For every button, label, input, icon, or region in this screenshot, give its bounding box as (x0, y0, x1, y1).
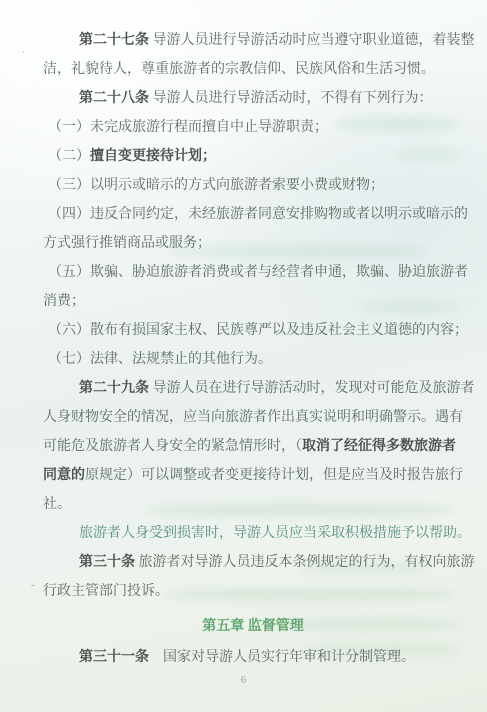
text-segment: （四）违反合同约定，未经旅游者同意安排购物或者以明示或暗示的 (48, 207, 468, 222)
bold-text-segment: 同意的 (43, 468, 85, 483)
text-line: （二）擅自变更接待计划； (43, 142, 463, 171)
text-line: 第二十八条 导游人员进行导游活动时，不得有下列行为： (43, 84, 463, 113)
text-line: （六）散布有损国家主权、民族尊严以及违反社会主义道德的内容； (43, 316, 463, 345)
text-line: 人身财物安全的情况，应当向旅游者作出真实说明和明确警示。遇有 (43, 403, 463, 432)
bold-text-segment: 第二十七条 (79, 33, 149, 48)
text-segment: 旅游者人身受到损害时，导游人员应当采取积极措施予以帮助。 (79, 526, 471, 541)
chapter-heading: 第五章 监督管理 (43, 606, 463, 643)
scan-artifact: · (22, 48, 25, 59)
text-line: 第二十七条 导游人员进行导游活动时应当遵守职业道德，着装整 (43, 26, 463, 55)
page-number: 6 (0, 674, 487, 686)
text-segment: （三）以明示或暗示的方式向旅游者索要小费或财物； (48, 178, 384, 193)
text-segment: 国家对导游人员实行年审和计分制管理。 (149, 650, 415, 665)
scanned-document-page: 第二十七条 导游人员进行导游活动时应当遵守职业道德，着装整洁，礼貌待人，尊重旅游… (0, 0, 487, 712)
text-line: （四）违反合同约定，未经旅游者同意安排购物或者以明示或暗示的 (43, 200, 463, 229)
text-segment: （七）法律、法规禁止的其他行为。 (48, 352, 272, 367)
text-segment: 导游人员进行导游活动时，不得有下列行为： (149, 91, 433, 106)
text-line: 第三十一条 国家对导游人员实行年审和计分制管理。 (43, 643, 463, 672)
bold-text-segment: 第三十条 (79, 555, 135, 570)
text-segment: 社。 (43, 497, 71, 512)
text-segment: 行政主管部门投诉。 (43, 584, 169, 599)
text-line: 行政主管部门投诉。 (43, 577, 463, 606)
text-segment: 导游人员在进行导游活动时，发现对可能危及旅游者 (149, 381, 475, 396)
bold-text-segment: 第三十一条 (79, 650, 149, 665)
text-segment: 洁，礼貌待人，尊重旅游者的宗教信仰、民族风俗和生活习惯。 (43, 62, 435, 77)
bold-text-segment: 取消了经征得多数旅游者 (302, 439, 456, 454)
text-segment: 原规定）可以调整或者变更接待计划，但是应当及时报告旅行 (85, 468, 463, 483)
document-body: 第二十七条 导游人员进行导游活动时应当遵守职业道德，着装整洁，礼貌待人，尊重旅游… (43, 26, 463, 672)
bold-text-segment: 第二十八条 (79, 91, 149, 106)
text-line: 旅游者人身受到损害时，导游人员应当采取积极措施予以帮助。 (43, 519, 463, 548)
text-segment: 人身财物安全的情况，应当向旅游者作出真实说明和明确警示。遇有 (43, 410, 463, 425)
text-line: 第三十条 旅游者对导游人员违反本条例规定的行为，有权向旅游 (43, 548, 463, 577)
bold-text-segment: 第五章 监督管理 (202, 619, 304, 634)
bold-text-segment: 擅自变更接待计划； (90, 149, 216, 164)
text-line: （五）欺骗、胁迫旅游者消费或者与经营者申通，欺骗、胁迫旅游者 (43, 258, 463, 287)
bold-text-segment: 第二十九条 (79, 381, 149, 396)
text-line: 同意的原规定）可以调整或者变更接待计划，但是应当及时报告旅行 (43, 461, 463, 490)
text-segment: （二） (48, 149, 90, 164)
text-line: 方式强行推销商品或服务； (43, 229, 463, 258)
text-segment: 方式强行推销商品或服务； (43, 236, 211, 251)
text-line: 消费； (43, 287, 463, 316)
text-segment: 旅游者对导游人员违反本条例规定的行为，有权向旅游 (135, 555, 475, 570)
text-line: 社。 (43, 490, 463, 519)
text-segment: （六）散布有损国家主权、民族尊严以及违反社会主义道德的内容； (48, 323, 468, 338)
text-line: （七）法律、法规禁止的其他行为。 (43, 345, 463, 374)
text-segment: （五）欺骗、胁迫旅游者消费或者与经营者申通，欺骗、胁迫旅游者 (48, 265, 468, 280)
text-segment: 可能危及旅游者人身安全的紧急情形时，（ (43, 439, 302, 454)
text-line: （三）以明示或暗示的方式向旅游者索要小费或财物； (43, 171, 463, 200)
text-line: 第二十九条 导游人员在进行导游活动时，发现对可能危及旅游者 (43, 374, 463, 403)
text-segment: 导游人员进行导游活动时应当遵守职业道德，着装整 (149, 33, 475, 48)
text-line: 可能危及旅游者人身安全的紧急情形时，（取消了经征得多数旅游者 (43, 432, 463, 461)
text-segment: （一）未完成旅游行程而擅自中止导游职责； (48, 120, 328, 135)
text-line: 洁，礼貌待人，尊重旅游者的宗教信仰、民族风俗和生活习惯。 (43, 55, 463, 84)
text-segment: 消费； (43, 294, 85, 309)
text-line: （一）未完成旅游行程而擅自中止导游职责； (43, 113, 463, 142)
scan-artifact: - (31, 580, 34, 591)
